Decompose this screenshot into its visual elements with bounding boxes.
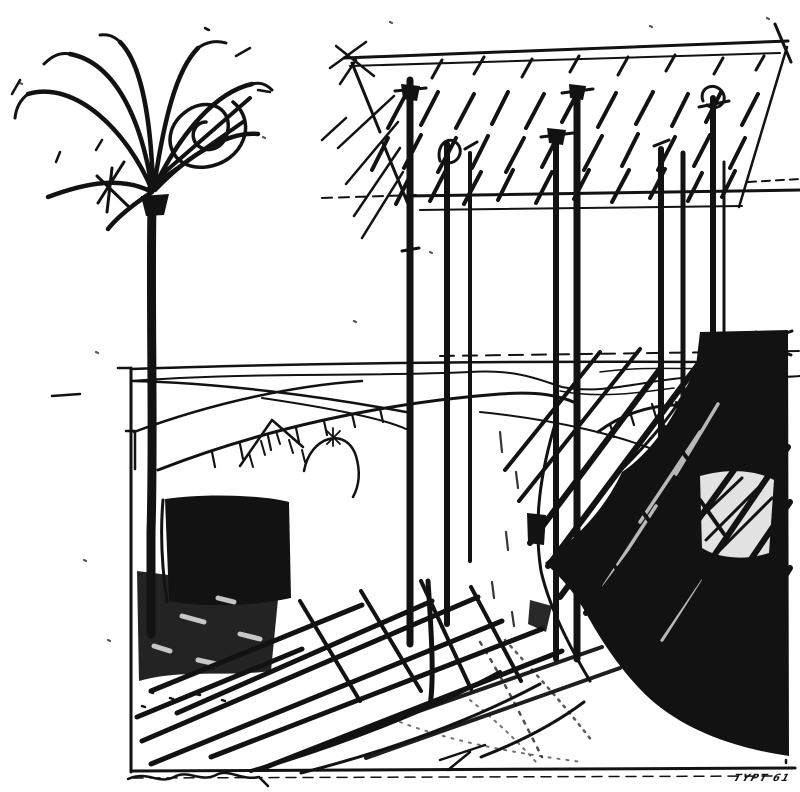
lamp-poles-stroke xyxy=(401,84,420,101)
road-stroke xyxy=(527,513,546,545)
sketch-page: TYPT 61 xyxy=(0,0,800,792)
sketch-canvas: TYPT 61 xyxy=(0,0,800,792)
signature-year-text: TYPT 61 xyxy=(732,772,792,784)
left-palm-tree-stroke xyxy=(151,206,152,634)
